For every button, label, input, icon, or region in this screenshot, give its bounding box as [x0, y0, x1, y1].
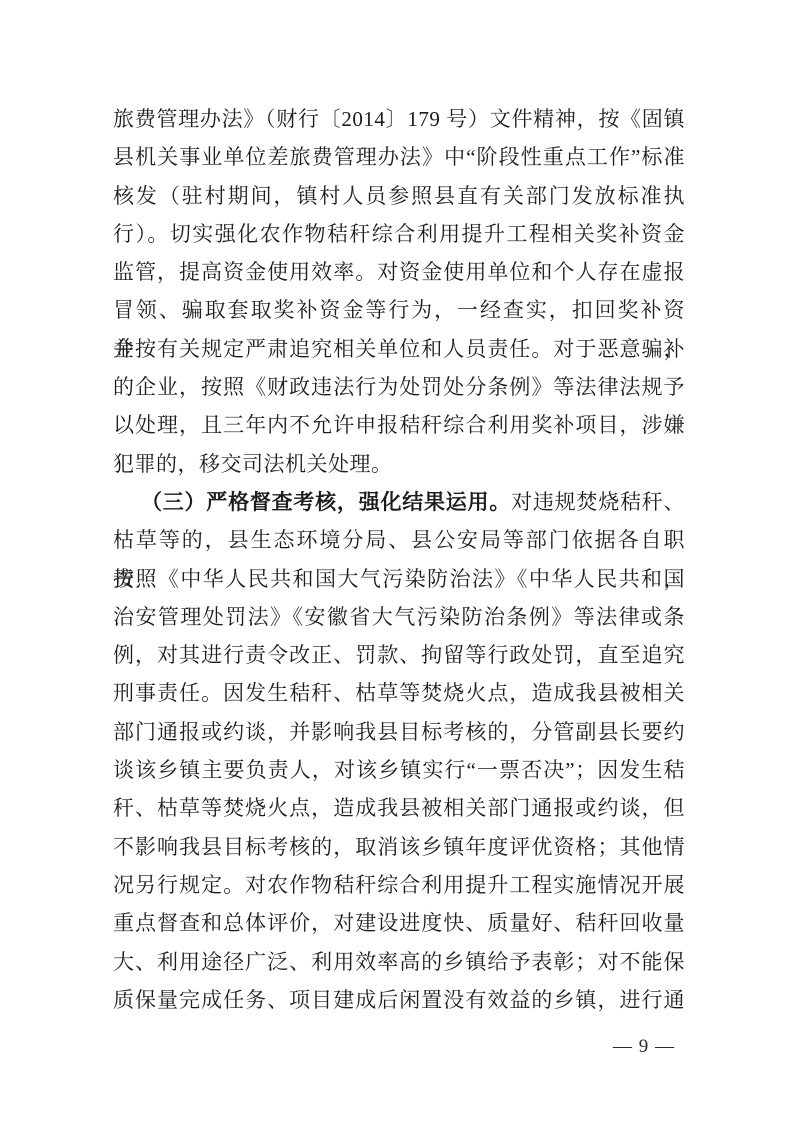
text-line: 以处理，且三年内不允许申报秸秆综合利用奖补项目，涉嫌: [113, 406, 685, 444]
text-line: 并按有关规定严肃追究相关单位和人员责任。对于恶意骗补: [113, 330, 685, 368]
text-line: 县机关事业单位差旅费管理办法》中“阶段性重点工作”标准: [113, 138, 685, 176]
text-line: 大、利用途径广泛、利用效率高的乡镇给予表彰；对不能保: [113, 943, 685, 981]
text-line: 按照《中华人民共和国大气污染防治法》《中华人民共和国: [113, 560, 685, 598]
text-line: 旅费管理办法》（财行〔2014〕179 号）文件精神，按《固镇: [113, 100, 685, 138]
text-line: 核发（驻村期间，镇村人员参照县直有关部门发放标准执: [113, 177, 685, 215]
text-line: 监管，提高资金使用效率。对资金使用单位和个人存在虚报: [113, 253, 685, 291]
text-line: 的企业，按照《财政违法行为处罚处分条例》等法律法规予: [113, 368, 685, 406]
document-page: 旅费管理办法》（财行〔2014〕179 号）文件精神，按《固镇 县机关事业单位差…: [0, 0, 793, 1122]
text-line: 部门通报或约谈，并影响我县目标考核的，分管副县长要约: [113, 713, 685, 751]
text-line: 秆、枯草等焚烧火点，造成我县被相关部门通报或约谈，但: [113, 789, 685, 827]
section-heading-rest: 对违规焚烧秸秆、: [511, 490, 685, 514]
text-line: 不影响我县目标考核的，取消该乡镇年度评优资格；其他情: [113, 828, 685, 866]
text-line: 冒领、骗取套取奖补资金等行为，一经查实，扣回奖补资金，: [113, 291, 685, 329]
page-number: — 9 —: [113, 1034, 675, 1060]
section-heading-line: （三）严格督查考核，强化结果运用。对违规焚烧秸秆、: [113, 483, 685, 521]
text-line: 重点督查和总体评价，对建设进度快、质量好、秸秆回收量: [113, 904, 685, 942]
text-line: 枯草等的，县生态环境分局、县公安局等部门依据各自职责，: [113, 521, 685, 559]
text-line: 治安管理处罚法》《安徽省大气污染防治条例》等法律或条: [113, 598, 685, 636]
section-heading: （三）严格督查考核，强化结果运用。: [141, 490, 511, 514]
text-line: 况另行规定。对农作物秸秆综合利用提升工程实施情况开展: [113, 866, 685, 904]
text-line: 例，对其进行责令改正、罚款、拘留等行政处罚，直至追究: [113, 636, 685, 674]
body-text: 旅费管理办法》（财行〔2014〕179 号）文件精神，按《固镇 县机关事业单位差…: [113, 100, 685, 1019]
text-line: 谈该乡镇主要负责人，对该乡镇实行“一票否决”；因发生秸: [113, 751, 685, 789]
text-line: 刑事责任。因发生秸秆、枯草等焚烧火点，造成我县被相关: [113, 674, 685, 712]
text-line: 犯罪的，移交司法机关处理。: [113, 445, 685, 483]
text-line: 行）。切实强化农作物秸秆综合利用提升工程相关奖补资金: [113, 215, 685, 253]
text-line: 质保量完成任务、项目建成后闲置没有效益的乡镇，进行通: [113, 981, 685, 1019]
